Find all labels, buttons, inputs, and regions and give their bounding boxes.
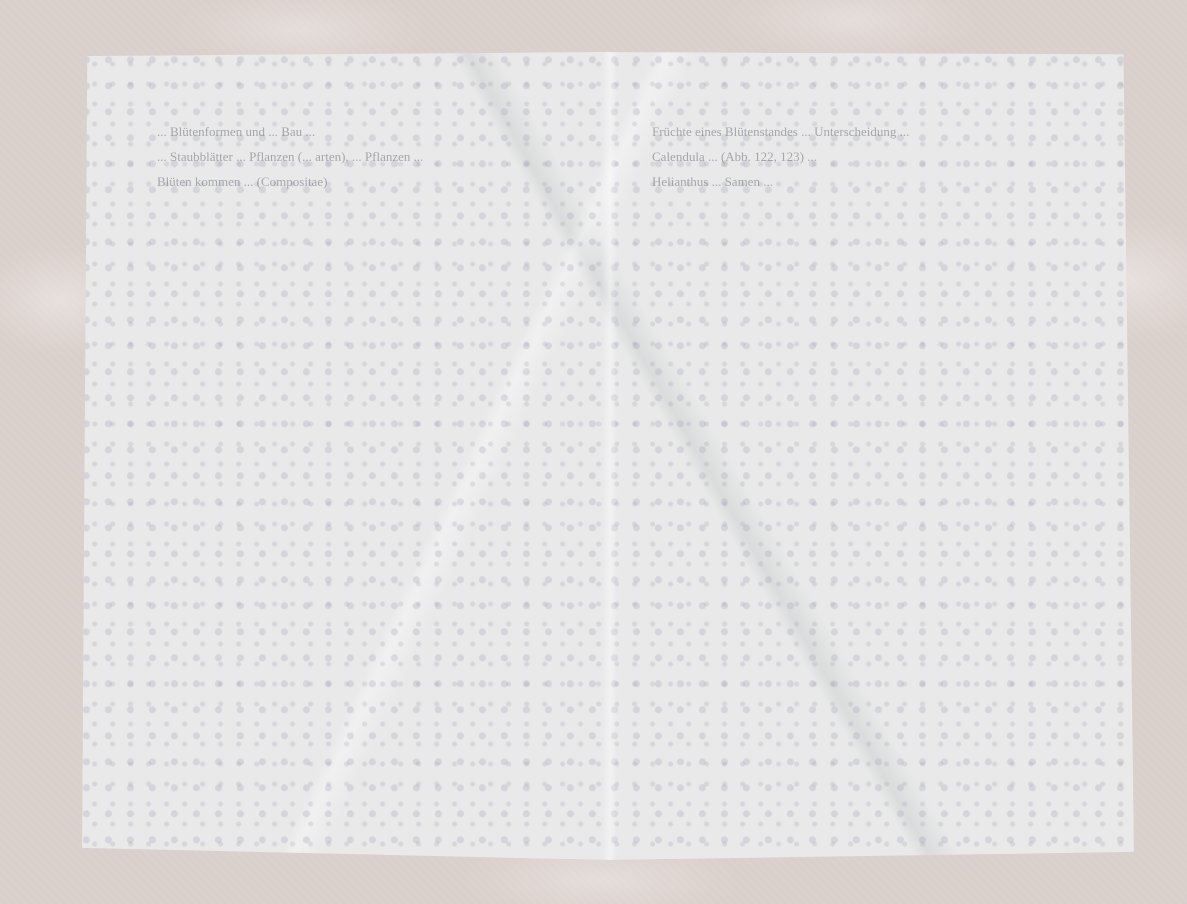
left-text-column: ... Blütenformen und ... Bau ... ... Sta…	[157, 122, 577, 197]
text-line: ... Staubblätter ... Pflanzen (... arten…	[157, 147, 577, 166]
center-fold	[602, 52, 618, 860]
crumpled-paper-sheet: ... Blütenformen und ... Bau ... ... Sta…	[82, 52, 1134, 860]
text-line: ... Blütenformen und ... Bau ...	[157, 122, 577, 141]
text-line: Früchte eines Blütenstandes ... Untersch…	[652, 122, 1072, 141]
text-line: Helianthus ... Samen ...	[652, 172, 1072, 191]
text-line: Calendula ... (Abb. 122, 123) ...	[652, 147, 1072, 166]
text-line: Blüten kommen ... (Compositae)	[157, 172, 577, 191]
right-text-column: Früchte eines Blütenstandes ... Untersch…	[652, 122, 1072, 197]
